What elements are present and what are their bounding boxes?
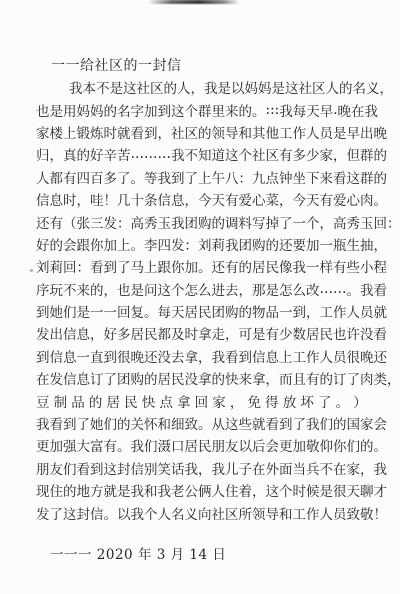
letter-line: 我本不是这社区的人，我是以妈妈是这社区人的名义， (36, 76, 367, 98)
letter-line: 到信息一直到很晚还没去拿，我看到信息上工作人员很晚还 (36, 345, 367, 367)
scan-speckle-artifact (30, 269, 33, 272)
letter-line: 在发信息订了团购的居民没拿的快来拿，而且有的订了肉类， (36, 367, 367, 389)
letter-line: 信息时，哇！几十条信息，今天有爱心菜，今天有爱心肉。 (36, 188, 367, 210)
letter-line: 现住的地方就是我和我老公俩人住着，这个时候是很天聊才 (36, 479, 367, 501)
letter-line: 家楼上锻炼时就看到，社区的领导和其他工作人员是早出晚 (36, 121, 367, 143)
letter-line: 豆制品的居民快点拿回家，免得放坏了。） (36, 389, 367, 411)
scan-smudge-artifact (148, 0, 240, 4)
letter-line: 人都有四百多了。等我到了上午八：九点钟坐下来看这群的 (36, 166, 367, 188)
letter-line: 刘莉回：看到了马上跟你加。还有的居民像我一样有些小程 (36, 255, 367, 277)
letter-line: 归，真的好辛苦………我不知道这个社区有多少家，但群的 (36, 143, 367, 165)
letter-line: 也是用妈妈的名字加到这个群里来的。::: 我每天早.晚在我 (36, 98, 367, 120)
letter-line: 发了这封信。以我个人名义向社区所领导和工作人员致敬！ (36, 501, 367, 523)
letter-line: 序玩不来的，也是问这个怎么进去，那是怎么改……。我看 (36, 278, 367, 300)
letter-line: 好的会跟你加上。李四发：刘莉我团购的还要加一瓶生抽， (36, 233, 367, 255)
letter-line: 朋友们看到这封信别笑话我，我儿子在外面当兵不在家，我 (36, 457, 367, 479)
letter-line: 发出信息，好多居民都及时拿走，可是有少数居民也许没看 (36, 322, 367, 344)
letter-line: 更加强大富有。我们滠口居民朋友以后会更加敬仰你们的。 (36, 434, 367, 456)
letter-line: 还有（张三发：高秀玉我团购的调料写掉了一个，高秀玉回： (36, 210, 367, 232)
letter-title: 一一给社区的一封信 (51, 56, 367, 76)
document-page: 一一给社区的一封信 我本不是这社区的人，我是以妈妈是这社区人的名义， 也是用妈妈… (0, 0, 400, 594)
letter-line: 我看到了她们的关怀和细致。从这些就看到了我们的国家会 (36, 412, 367, 434)
letter-date: 一一一 2020 年 3 月 14 日 (50, 543, 367, 563)
letter-body: 一一给社区的一封信 我本不是这社区的人，我是以妈妈是这社区人的名义， 也是用妈妈… (36, 56, 367, 563)
letter-line: 到她们是一一回复。每天居民团购的物品一到，工作人员就 (36, 300, 367, 322)
